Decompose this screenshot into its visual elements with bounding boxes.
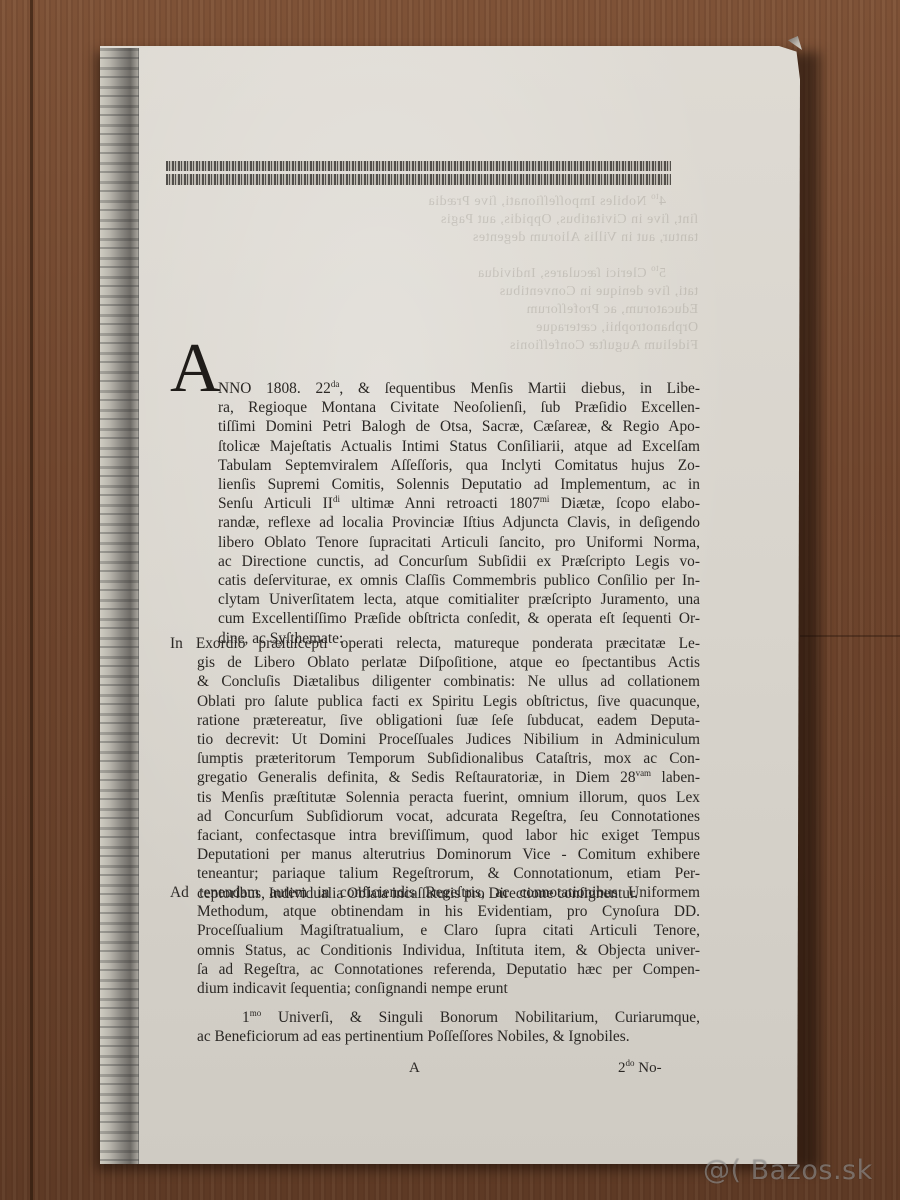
text-line: Senſu Articuli IIdi ultimæ Anni retroact… (170, 494, 700, 513)
text-line: Proceſſualium Magiſtratualium, e Claro ſ… (170, 921, 700, 940)
signature-mark: A (409, 1060, 420, 1077)
catchword: 2do No- (618, 1060, 662, 1077)
text-line: Oblati pro ſalute publica facti ex Spiri… (170, 692, 700, 711)
text-line: teneantur; pariaque talium Regeſtrorum, … (170, 864, 700, 883)
text-line: tiſſimi Domini Petri Balogh de Otsa, Sac… (170, 417, 700, 436)
text-line: ac Beneficiorum ad eas pertinentium Poſſ… (170, 1027, 700, 1046)
table-plank-seam (30, 0, 33, 1200)
text-line: omnis Status, ac Conditionis Individua, … (170, 941, 700, 960)
text-line: gregatio Generalis definita, & Sedis Reſ… (170, 768, 700, 787)
ornamental-border (166, 161, 671, 185)
text-line: tis Menſis præſtitutæ Solennia peracta f… (170, 788, 700, 807)
text-line: faciant, confectasque intra breviſſimum,… (170, 826, 700, 845)
text-line: 1mo Univerſi, & Singuli Bonorum Nobilita… (170, 1008, 700, 1027)
text-line: dium indicavit ſequentia; conſignandi ne… (170, 979, 700, 998)
text-line: clytam Univerſitatem lecta, atque comiti… (170, 590, 700, 609)
text-line: ſumptis præteritorum Temporum Subſidiona… (170, 749, 700, 768)
item-one-paragraph: 1mo Univerſi, & Singuli Bonorum Nobilita… (170, 1008, 700, 1046)
text-line: Deputationi per manus alterutrius Domino… (170, 845, 700, 864)
opening-paragraph: NNO 1808. 22da, & ſequentibus Menſis Mar… (170, 379, 700, 648)
text-line: catis deſerviturae, ex omnis Claſſis Com… (170, 571, 700, 590)
text-line: gis de Libero Oblato perlatæ Diſpoſition… (170, 653, 700, 672)
text-line: cum Excellentiſſimo Præſide obſtricta co… (170, 609, 700, 628)
text-line: ac Directione cunctis, ad Concurſum Subſ… (170, 552, 700, 571)
text-line: ſtolicæ Majeſtatis Actualis Intimi Statu… (170, 437, 700, 456)
text-line: & Concluſis Diætalibus diligenter combin… (170, 672, 700, 691)
watermark: @( Bazos.sk (703, 1155, 873, 1186)
text-line: ad Concurſum Subſidiorum vocat, adcurata… (170, 807, 700, 826)
second-paragraph: In Exordio præſuſcepti operati relecta, … (170, 634, 700, 903)
text-line: In Exordio præſuſcepti operati relecta, … (170, 634, 700, 653)
text-line: lienſis Supremi Comitis, Solennis Deputa… (170, 475, 700, 494)
text-line: tio decrevit: Ut Domini Proceſſuales Jud… (170, 730, 700, 749)
text-line: ſa ad Regeſtra, ac Connotationes referen… (170, 960, 700, 979)
third-paragraph: Ad tenendam autem in conficiendis Regeſt… (170, 883, 700, 998)
text-line: ra, Regioque Montana Civitate Neoſolienſ… (170, 398, 700, 417)
binding-strip (100, 48, 139, 1164)
text-line: randæ, reflexe ad localia Provinciæ Iſti… (170, 513, 700, 532)
text-line: ratione prætereatur, ſive obligationi ſu… (170, 711, 700, 730)
text-line: Tabulam Septemviralem Aſſeſſoris, qua In… (170, 456, 700, 475)
text-line: NNO 1808. 22da, & ſequentibus Menſis Mar… (170, 379, 700, 398)
text-line: Methodum, atque obtinendam in his Eviden… (170, 902, 700, 921)
text-line: Ad tenendam autem in conficiendis Regeſt… (170, 883, 700, 902)
text-line: libero Oblato Tenore ſupracitati Articul… (170, 533, 700, 552)
folded-corner (788, 36, 802, 50)
